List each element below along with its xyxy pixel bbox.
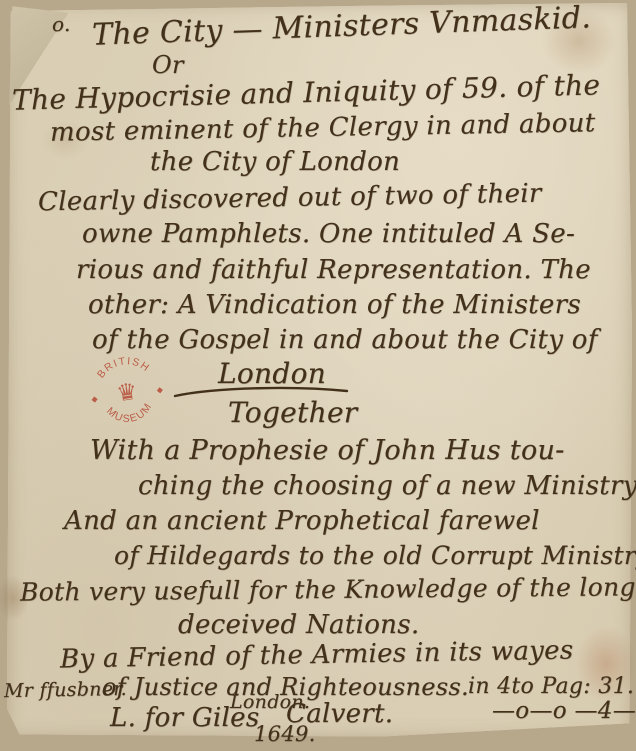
prophesie-line-1: With a Prophesie of John Hus tou- (90, 437, 565, 464)
body-line-2: owne Pamphlets. One intituled A Se- (82, 221, 575, 247)
page-reference: in 4to Pag: 31. (468, 676, 634, 698)
body-line-4: other: A Vindication of the Ministers (88, 292, 581, 318)
price-annotation: —o—o —4— (492, 700, 636, 723)
prophesie-line-3: And an ancient Prophetical farewel (64, 508, 540, 534)
imprint-bookseller: L. for Giles (110, 705, 260, 731)
owner-margin-note: Mr ffusbner. (4, 680, 127, 701)
stamp-text-top: BRITISH (93, 352, 153, 382)
svg-text:◆: ◆ (91, 394, 99, 404)
manuscript-scan: o. The City — Ministers Vnmaskid. Or The… (0, 0, 636, 751)
british-museum-stamp: BRITISH MUSEUM ♛ ◆ ◆ (81, 347, 174, 440)
useful-line: Both very usefull for the Knowledge of t… (20, 574, 636, 604)
prophesie-line-2: ching the choosing of a new Ministry. (138, 473, 636, 499)
body-line-3: rious and faithful Representation. The (76, 257, 591, 283)
imprint-year: 1649. (254, 724, 316, 745)
nations-line: deceived Nations. (178, 612, 419, 638)
prophesie-line-4: of Hildegards to the old Corrupt Ministr… (114, 543, 636, 568)
body-line-5: of the Gospel in and about the City of (92, 327, 598, 353)
together-word: Together (228, 399, 358, 427)
title-or: Or (152, 53, 184, 77)
london-word: London (218, 360, 326, 388)
svg-text:◆: ◆ (156, 385, 164, 395)
crown-icon: ♛ (115, 378, 139, 407)
shelfmark-annotation: o. (52, 14, 71, 34)
subtitle-line-3: the City of London (150, 149, 400, 175)
